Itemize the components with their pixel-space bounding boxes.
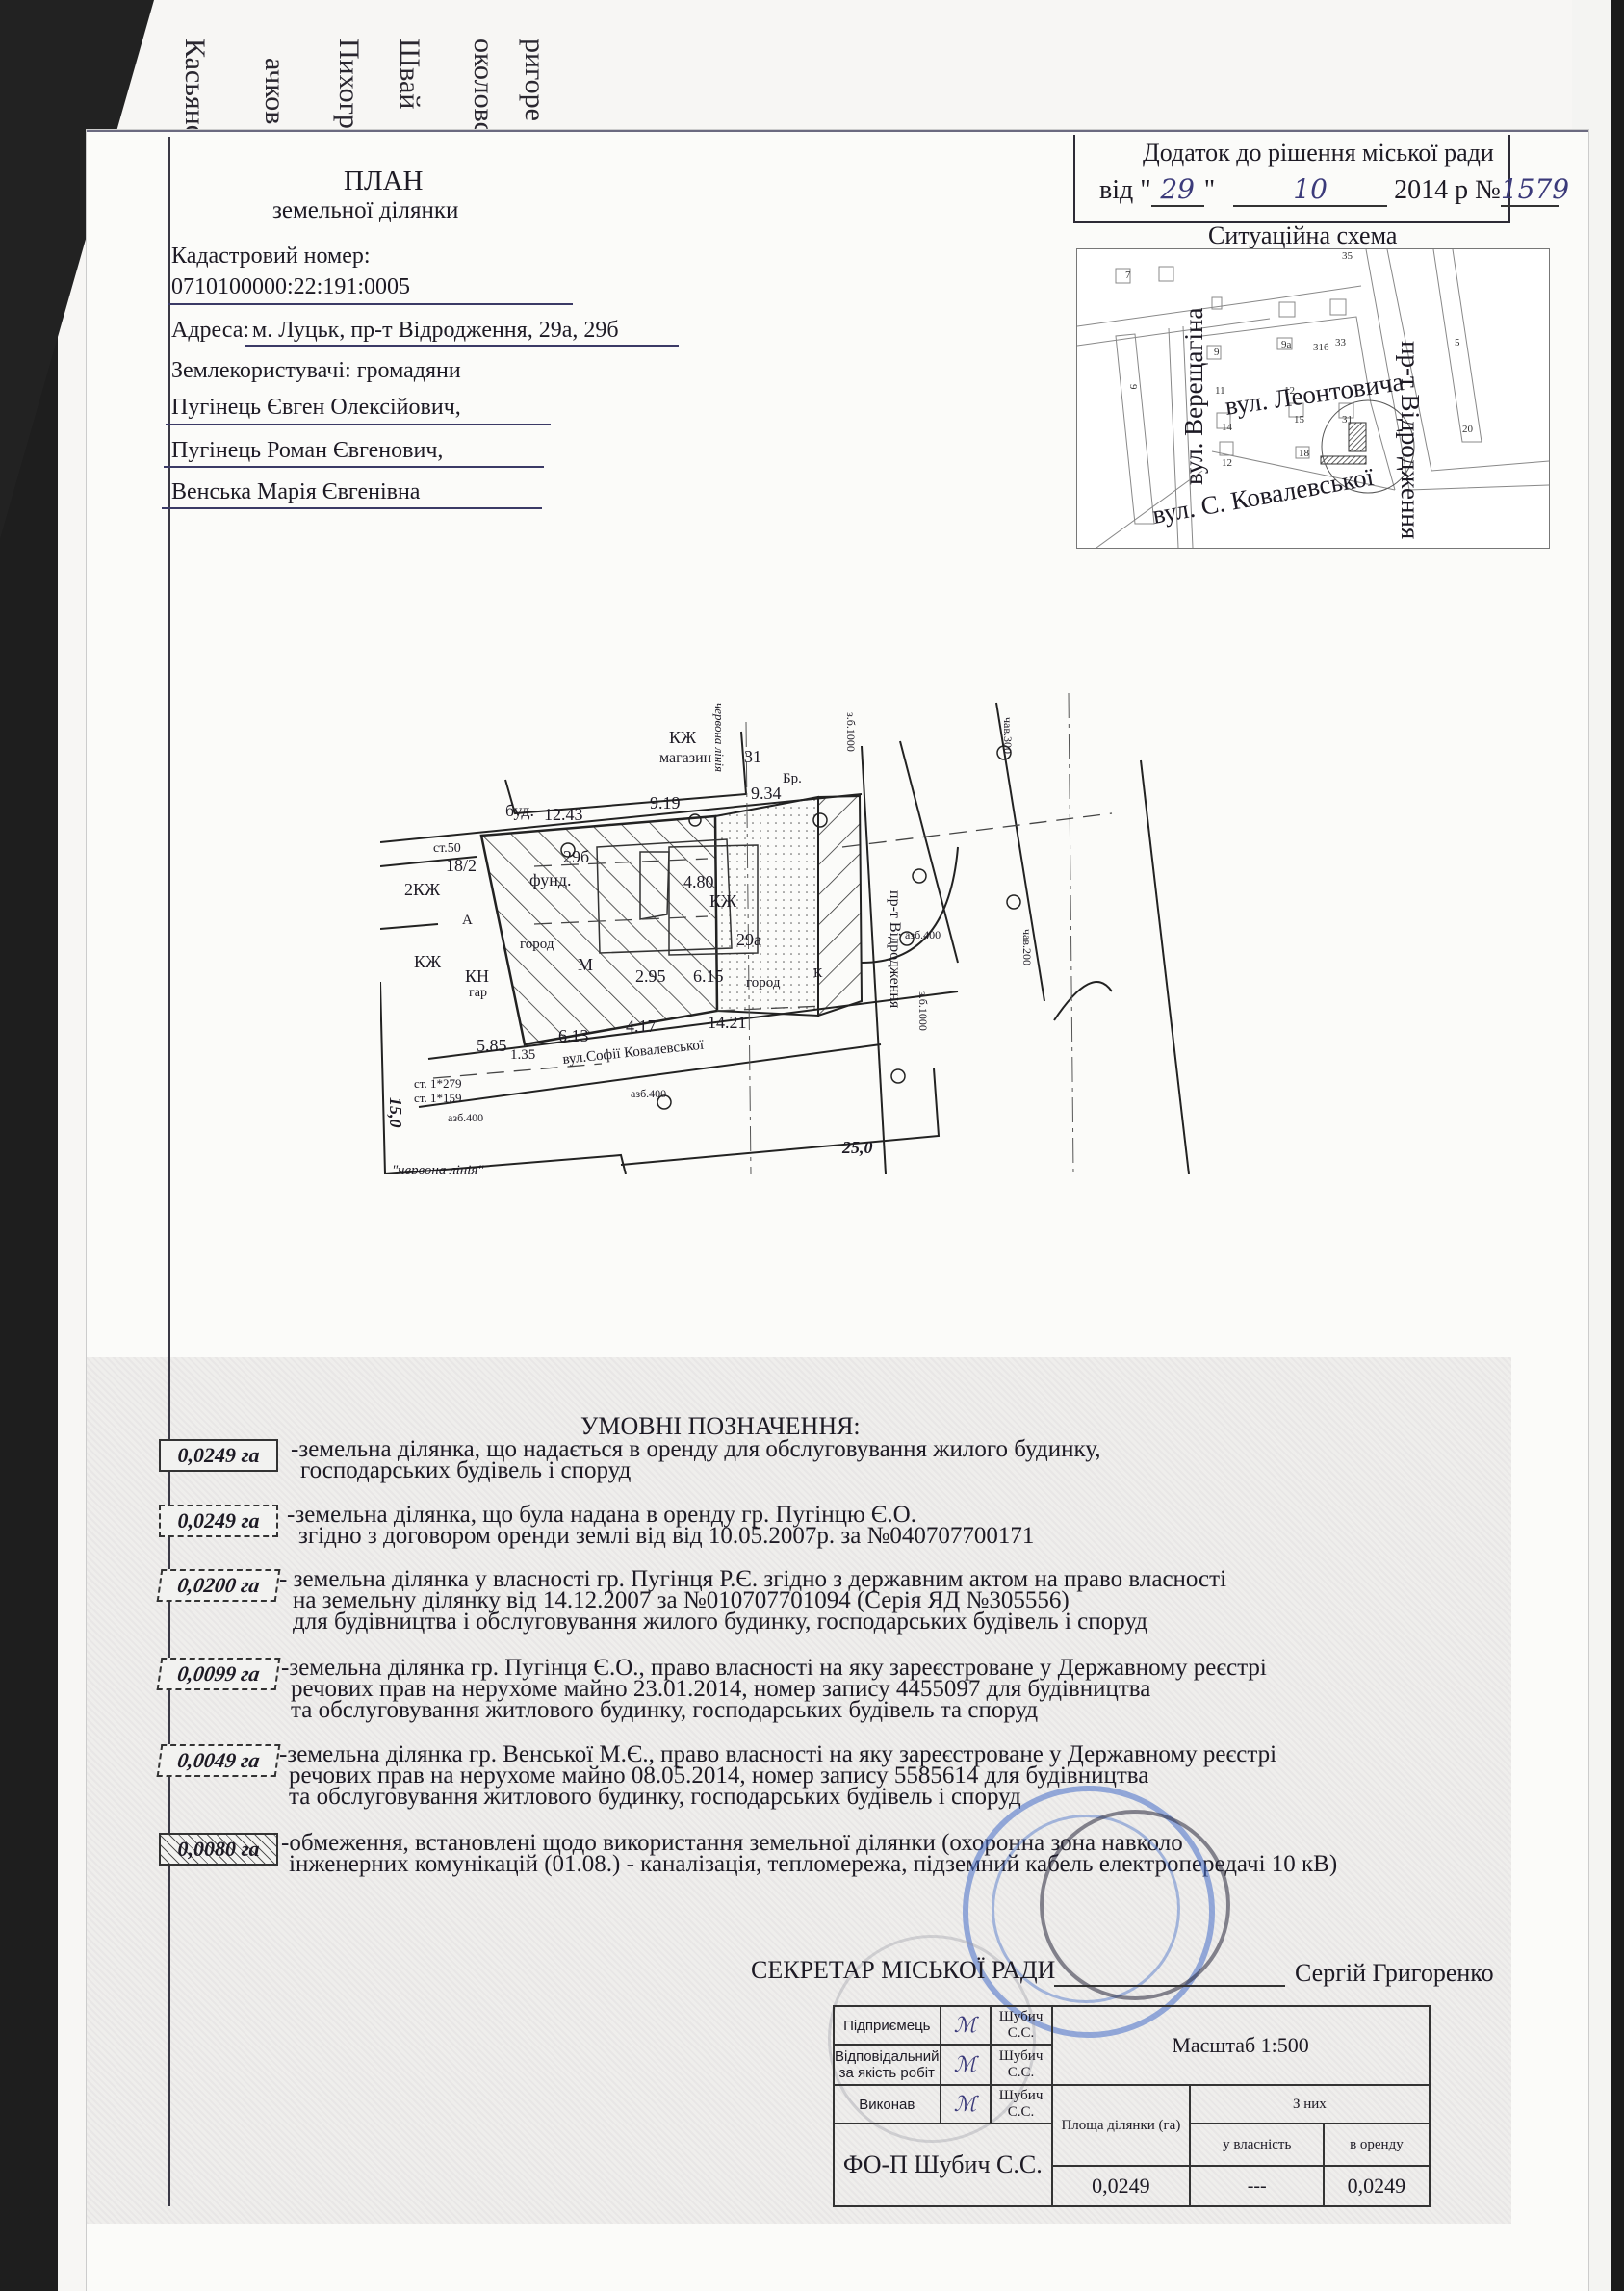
of-them-header: З них — [1190, 2085, 1429, 2124]
svg-text:К: К — [813, 966, 823, 981]
underlying-name: околовс — [467, 39, 500, 135]
svg-text:6.13: 6.13 — [558, 1026, 589, 1045]
svg-text:КЖ: КЖ — [414, 952, 442, 971]
land-plot-plan: КЖ магазин 31 Бр. буд. 12.43 9.19 9.34 с… — [380, 674, 1199, 1174]
underlying-name: ачков — [258, 58, 291, 124]
svg-text:6.15: 6.15 — [693, 966, 724, 986]
svg-text:20: 20 — [1462, 424, 1474, 435]
cadastral-number: 0710100000:22:191:0005 — [171, 274, 410, 300]
legend-item: -земельна ділянка, що була надана в орен… — [287, 1505, 1034, 1547]
svg-text:ст.50: ст.50 — [433, 841, 461, 856]
svg-text:вул. Леонтовича: вул. Леонтовича — [1224, 367, 1405, 421]
signature-cell: ℳ — [941, 2045, 991, 2085]
underlying-name: Швай — [393, 39, 425, 109]
svg-text:азб.400: азб.400 — [905, 928, 941, 941]
svg-text:з.б.1000: з.б.1000 — [844, 712, 858, 752]
role-cell: Виконав — [834, 2085, 941, 2124]
legend-swatch-ownership-eo: 0,0099 га — [157, 1658, 281, 1690]
underlying-name: Пихогра — [332, 39, 365, 142]
area-header: Площа ділянки (га) — [1052, 2085, 1191, 2166]
svg-text:КН: КН — [465, 966, 489, 986]
svg-text:5: 5 — [1455, 337, 1460, 348]
svg-text:ст. 1*159: ст. 1*159 — [414, 1091, 461, 1105]
svg-text:1.35: 1.35 — [510, 1047, 535, 1063]
appendix-quote: " — [1204, 175, 1215, 205]
svg-text:9.19: 9.19 — [650, 793, 681, 812]
svg-text:33: 33 — [1335, 337, 1347, 348]
name-cell: Шубич С.С. — [991, 2045, 1052, 2085]
appendix-year: 2014 р № — [1394, 175, 1501, 205]
svg-text:азб.400: азб.400 — [448, 1111, 483, 1124]
role-cell: Відповідальний за якість робіт — [834, 2045, 941, 2085]
underlying-name: ригоре — [518, 39, 551, 121]
land-user-name: Пугінець Євген Олексійович, — [171, 395, 461, 421]
appendix-month: 10 — [1233, 173, 1387, 207]
secretary-name: Сергій Григоренко — [1295, 1959, 1494, 1988]
svg-text:"червона лінія": "червона лінія" — [392, 1163, 484, 1174]
legend-swatch-ownership-re: 0,0200 га — [157, 1569, 281, 1602]
svg-text:25,0: 25,0 — [841, 1138, 873, 1157]
svg-text:ст. 1*279: ст. 1*279 — [414, 1076, 461, 1091]
svg-text:фунд.: фунд. — [529, 870, 572, 889]
legend-line: господарських будівель і споруд — [291, 1460, 1101, 1481]
svg-text:29б: 29б — [563, 847, 589, 866]
svg-text:14: 14 — [1222, 422, 1233, 433]
svg-text:18/2: 18/2 — [446, 856, 477, 875]
underlying-name: Касьяно — [178, 39, 211, 140]
svg-text:2КЖ: 2КЖ — [404, 880, 441, 899]
lease-value: 0,0249 — [1324, 2166, 1429, 2206]
address-value: м. Луцьк, пр-т Відродження, 29а, 29б — [252, 318, 619, 344]
svg-text:город: город — [520, 937, 554, 952]
svg-text:пр-т Відродження: пр-т Відродження — [887, 890, 903, 1009]
svg-text:31: 31 — [744, 747, 761, 766]
svg-text:чав.300: чав.300 — [1001, 717, 1015, 754]
svg-text:9: 9 — [1214, 347, 1220, 358]
role-cell: Підприємець — [834, 2006, 941, 2045]
underline — [166, 424, 551, 425]
legend-item: -земельна ділянка гр. Пугінця Є.О., прав… — [281, 1658, 1267, 1721]
svg-text:12: 12 — [1222, 457, 1232, 469]
appendix-title: Додаток до рішення міської ради — [1143, 139, 1494, 167]
secretary-seal — [1040, 1810, 1230, 2000]
svg-text:5.85: 5.85 — [477, 1036, 507, 1055]
svg-text:магазин: магазин — [659, 750, 712, 766]
underline — [168, 303, 573, 305]
cadastral-label: Кадастровий номер: — [171, 244, 371, 270]
appendix-day: 29 — [1151, 173, 1204, 207]
legend-swatch-lease: 0,0249 га — [159, 1439, 278, 1472]
svg-text:з.б.1000: з.б.1000 — [916, 991, 930, 1031]
company-cell: ФО-П Шубич С.С. — [834, 2124, 1052, 2206]
svg-text:буд.: буд. — [505, 801, 534, 820]
ownership-header: у власність — [1190, 2124, 1324, 2166]
underline — [245, 345, 679, 347]
svg-text:город: город — [746, 975, 781, 991]
lease-header: в оренду — [1324, 2124, 1429, 2166]
svg-text:А: А — [462, 913, 473, 928]
underline — [164, 466, 544, 468]
situation-scheme-title: Ситуаційна схема — [1208, 221, 1397, 250]
underline — [162, 507, 542, 509]
signature-cell: ℳ — [941, 2006, 991, 2045]
svg-text:азб.400: азб.400 — [631, 1087, 666, 1100]
address-label: Адреса: — [171, 318, 249, 344]
secretary-title: СЕКРЕТАР МІСЬКОЇ РАДИ — [751, 1956, 1055, 1985]
svg-text:12.43: 12.43 — [544, 805, 583, 824]
underlying-page-names: Касьяно ачков Пихогра Швай околовс ригор… — [154, 19, 809, 135]
svg-text:гар: гар — [469, 986, 487, 1000]
svg-text:15,0: 15,0 — [386, 1097, 405, 1128]
signature-cell: ℳ — [941, 2085, 991, 2124]
svg-text:9: 9 — [1127, 384, 1139, 390]
name-cell: Шубич С.С. — [991, 2006, 1052, 2045]
ownership-value: --- — [1190, 2166, 1324, 2206]
svg-text:червона лінія: червона лінія — [712, 703, 727, 772]
scale-cell: Масштаб 1:500 — [1052, 2006, 1430, 2085]
plan-drawing-svg: КЖ магазин 31 Бр. буд. 12.43 9.19 9.34 с… — [380, 674, 1199, 1174]
svg-text:31: 31 — [1342, 414, 1353, 425]
svg-text:31б: 31б — [1313, 342, 1329, 353]
appendix-number: 1579 — [1501, 173, 1559, 207]
svg-text:14.21: 14.21 — [708, 1013, 747, 1032]
house-number: 7 — [1125, 270, 1131, 281]
signature-line — [1054, 1985, 1285, 1987]
area-value: 0,0249 — [1052, 2166, 1191, 2206]
svg-text:КЖ: КЖ — [709, 891, 737, 911]
svg-text:чав.200: чав.200 — [1020, 929, 1034, 965]
legend-swatch-restriction: 0,0080 га — [159, 1833, 278, 1866]
situation-map-svg: 7 35 99а 31б33 520 1112 1415 3118 129 ву… — [1077, 249, 1549, 548]
svg-text:9.34: 9.34 — [751, 784, 782, 803]
svg-text:35: 35 — [1342, 250, 1353, 262]
legend-line: для будівництва і обслуговування жилого … — [279, 1611, 1226, 1633]
svg-text:9а: 9а — [1281, 339, 1292, 350]
legend-line: згідно з договором оренди землі від від … — [287, 1526, 1034, 1547]
street-label: вул. Верещагіна — [1179, 308, 1208, 485]
legend-item: -земельна ділянка, що надається в оренду… — [291, 1439, 1101, 1481]
legend-swatch-ownership-mv: 0,0049 га — [157, 1744, 281, 1777]
svg-text:18: 18 — [1299, 448, 1310, 459]
land-users-label: Землекористувачі: громадяни — [171, 358, 461, 384]
svg-text:4.17: 4.17 — [626, 1017, 657, 1036]
svg-text:Бр.: Бр. — [783, 771, 802, 786]
situation-scheme-map: 7 35 99а 31б33 520 1112 1415 3118 129 ву… — [1076, 248, 1550, 549]
legend-swatch-prior-lease: 0,0249 га — [159, 1505, 278, 1537]
svg-text:пр-т Відродження: пр-т Відродження — [1396, 341, 1425, 539]
title-block-table: Підприємець ℳ Шубич С.С. Масштаб 1:500 В… — [833, 2005, 1431, 2207]
legend-line: та обслуговування житлового будинку, гос… — [281, 1700, 1267, 1721]
scanner-edge — [1611, 0, 1624, 2291]
name-cell: Шубич С.С. — [991, 2085, 1052, 2124]
appendix-box: Додаток до рішення міської ради від "29"… — [1073, 135, 1510, 223]
svg-text:15: 15 — [1294, 414, 1305, 425]
svg-text:М: М — [578, 955, 593, 974]
plan-label: КЖ — [669, 728, 697, 747]
page-subtitle: земельної ділянки — [272, 197, 458, 224]
appendix-decision-line: від "29" 10 2014 р №1579 — [1099, 173, 1559, 207]
svg-text:29а: 29а — [736, 930, 761, 949]
page-title: ПЛАН — [344, 166, 424, 197]
legend-item: - земельна ділянка у власності гр. Пугін… — [279, 1569, 1226, 1633]
svg-text:4.80: 4.80 — [683, 872, 714, 891]
appendix-prefix: від " — [1099, 175, 1151, 205]
land-user-name: Венська Марія Євгенівна — [171, 479, 420, 505]
svg-text:2.95: 2.95 — [635, 966, 666, 986]
land-user-name: Пугінець Роман Євгенович, — [171, 438, 443, 464]
